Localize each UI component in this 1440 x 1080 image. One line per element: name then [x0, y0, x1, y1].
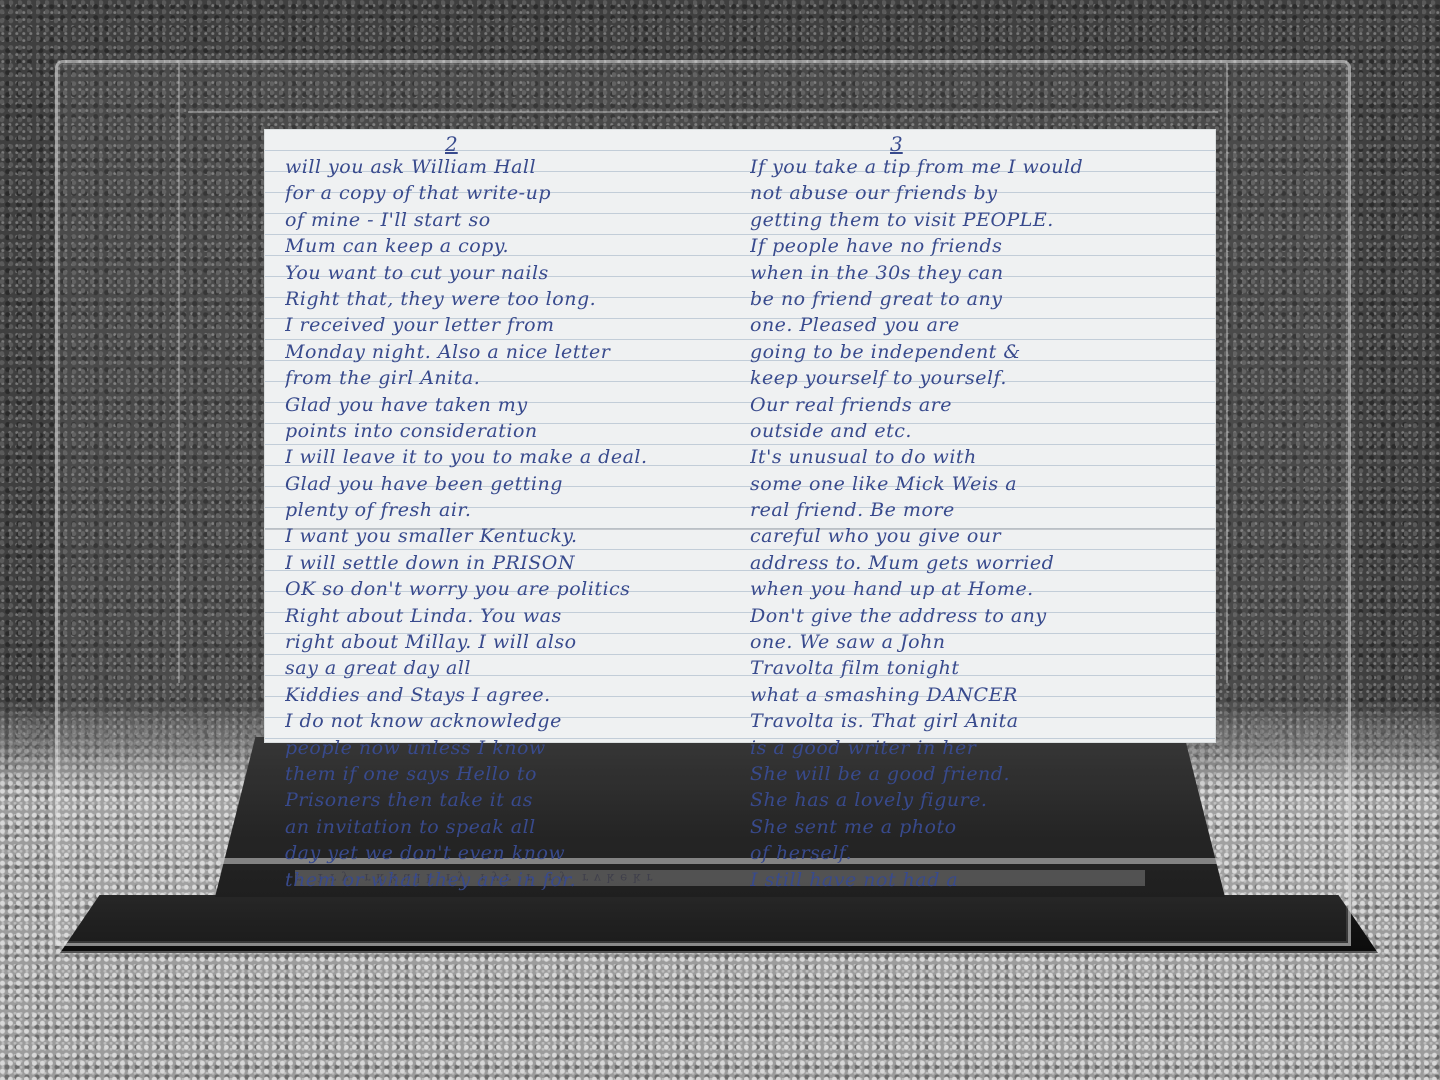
case-inner-edge — [178, 63, 180, 683]
case-inner-edge — [188, 111, 1218, 113]
case-inner-edge — [1226, 63, 1228, 683]
acrylic-display-case — [55, 60, 1351, 946]
